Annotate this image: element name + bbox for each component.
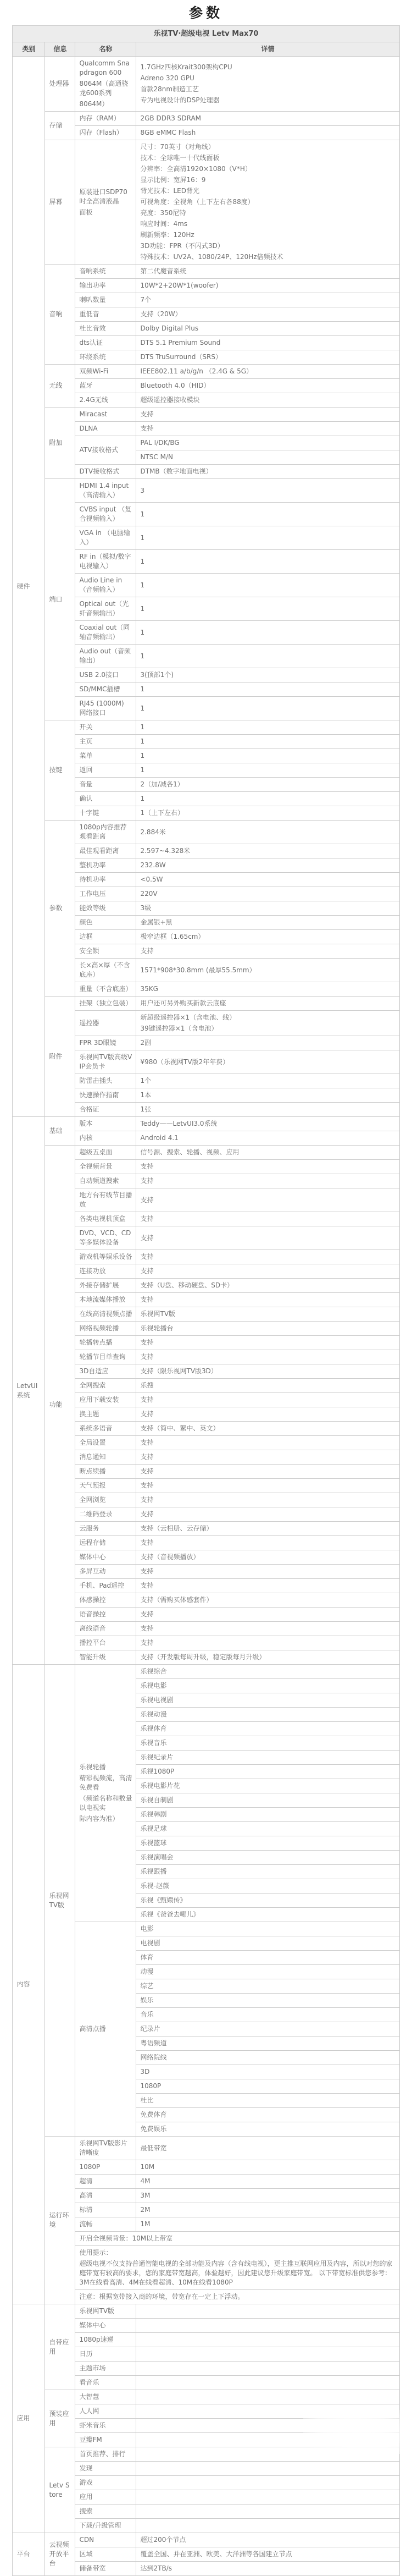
detail-cell: 支持 bbox=[136, 944, 399, 959]
detail-cell: 支持 bbox=[136, 1465, 399, 1479]
detail-cell: 金属银+黑 bbox=[136, 916, 399, 930]
name-cell: 主题市场 bbox=[75, 2362, 136, 2376]
name-cell: Qualcomm Snapdragon 6008064M（高通骁龙600系列80… bbox=[75, 57, 136, 112]
name-cell: ATV接收格式 bbox=[75, 436, 136, 465]
spec-row: 功能超级五桌面信号源、搜索、轮播、视频、应用 bbox=[13, 1146, 399, 1160]
detail-cell: 用户还可另外购买新款云底座 bbox=[136, 997, 399, 1011]
col-header-detail: 详情 bbox=[136, 42, 399, 57]
detail-cell: 1 bbox=[136, 645, 399, 668]
name-cell: USB 2.0接口 bbox=[75, 668, 136, 682]
detail-cell: 支持 bbox=[136, 1226, 399, 1250]
name-cell: 2.4G无线 bbox=[75, 393, 136, 408]
group-cell: Letv Store bbox=[45, 2447, 75, 2533]
detail-cell: 乐视1080P bbox=[136, 1765, 399, 1779]
detail-cell: 支持 bbox=[136, 1608, 399, 1622]
name-cell: Audio Line in（音频输入） bbox=[75, 574, 136, 597]
name-cell: 返回 bbox=[75, 763, 136, 778]
group-cell: 基础 bbox=[45, 1117, 75, 1146]
detail-cell: 1 bbox=[136, 735, 399, 749]
detail-cell: 支持（20W） bbox=[136, 307, 399, 322]
detail-cell: 1M bbox=[136, 2217, 399, 2232]
detail-cell: 乐视足球 bbox=[136, 1822, 399, 1836]
detail-cell: 支持 bbox=[136, 1336, 399, 1350]
name-cell: 连接功放 bbox=[75, 1264, 136, 1279]
name-cell: 二维码登录 bbox=[75, 1507, 136, 1522]
detail-cell bbox=[136, 2362, 399, 2376]
detail-cell: 免费体育 bbox=[136, 2108, 399, 2122]
name-cell: 虾米音乐 bbox=[75, 2419, 136, 2433]
detail-cell: 尺寸：70英寸（对角线）技术：全球唯一十代线面板分辨率：全高清1920×1080… bbox=[136, 140, 399, 265]
detail-cell: 10M bbox=[136, 2160, 399, 2175]
name-cell: 1080p速递 bbox=[75, 2333, 136, 2347]
name-cell: 重低音 bbox=[75, 307, 136, 322]
name-cell: 环绕系统 bbox=[75, 350, 136, 365]
name-cell: 音响系统 bbox=[75, 265, 136, 279]
detail-cell: 232.8W bbox=[136, 858, 399, 873]
detail-cell: 支持 bbox=[136, 1293, 399, 1307]
detail-cell bbox=[136, 2304, 399, 2319]
name-cell: 轮播节目单查询 bbox=[75, 1350, 136, 1364]
detail-cell: 网络院线 bbox=[136, 2051, 399, 2065]
spec-table-body: 硬件处理器Qualcomm Snapdragon 6008064M（高通骁龙60… bbox=[13, 57, 399, 2576]
name-cell: 喇叭数量 bbox=[75, 293, 136, 307]
detail-cell: 乐视动漫 bbox=[136, 1708, 399, 1722]
group-cell: 无线 bbox=[45, 365, 75, 408]
detail-cell: 免费娱乐 bbox=[136, 2122, 399, 2137]
detail-cell: 支持（开发版每周升级，稳定版每月升级） bbox=[136, 1650, 399, 1665]
detail-cell: 支持 bbox=[136, 1250, 399, 1264]
caption-row: 乐视TV·超级电视 Letv Max70 bbox=[13, 26, 399, 42]
detail-cell: NTSC M/N bbox=[136, 450, 399, 465]
name-cell: 断点续播 bbox=[75, 1465, 136, 1479]
name-cell: 离线语音 bbox=[75, 1622, 136, 1636]
name-cell: SD/MMC插槽 bbox=[75, 682, 136, 697]
detail-cell: 2.884米 bbox=[136, 821, 399, 844]
detail-cell: 1 bbox=[136, 720, 399, 735]
name-cell: 确认 bbox=[75, 792, 136, 806]
detail-cell bbox=[136, 2490, 399, 2505]
name-cell: Audio out（音频输出） bbox=[75, 645, 136, 668]
name-cell: 手机、Pad遥控 bbox=[75, 1579, 136, 1593]
name-cell: 各类电视机顶盒 bbox=[75, 1212, 136, 1226]
detail-cell: 乐视-赵薇 bbox=[136, 1879, 399, 1894]
name-cell: 开关 bbox=[75, 720, 136, 735]
detail-cell bbox=[136, 2376, 399, 2390]
name-cell: 系统多语音 bbox=[75, 1422, 136, 1436]
spec-row: 平台云视频开放平台CDN超过200个节点 bbox=[13, 2533, 399, 2547]
name-cell: 快速操作指南 bbox=[75, 1088, 136, 1103]
name-cell: 人人网 bbox=[75, 2404, 136, 2419]
detail-cell bbox=[136, 2333, 399, 2347]
detail-cell: 支持 bbox=[136, 1160, 399, 1174]
name-cell: 在线高清视频点播 bbox=[75, 1307, 136, 1322]
name-cell: 播控平台 bbox=[75, 1636, 136, 1650]
group-cell: 参数 bbox=[45, 821, 75, 997]
spec-row: 无线双频Wi-FiIEEE802.11 a/b/g/n （2.4G & 5G） bbox=[13, 365, 399, 379]
name-cell: Coaxial out（同轴音频输出） bbox=[75, 621, 136, 645]
detail-cell: 乐视自制剧 bbox=[136, 1793, 399, 1808]
detail-cell: 支持 bbox=[136, 1174, 399, 1188]
detail-cell: DTMB（数字地面电视） bbox=[136, 465, 399, 479]
name-cell: DLNA bbox=[75, 422, 136, 436]
detail-cell: 超过200个节点 bbox=[136, 2533, 399, 2547]
group-cell: 音响 bbox=[45, 265, 75, 365]
detail-cell: 支持 bbox=[136, 1264, 399, 1279]
detail-cell: Android 4.1 bbox=[136, 1131, 399, 1146]
group-cell: 乐视网TV版 bbox=[45, 1665, 75, 2137]
name-cell: 合格证 bbox=[75, 1103, 136, 1117]
name-cell: 全网搜索 bbox=[75, 1379, 136, 1393]
detail-cell: 极窄边框（1.65cm） bbox=[136, 930, 399, 944]
spec-row: 存储内存（RAM）2GB DDR3 SDRAM bbox=[13, 112, 399, 126]
spec-row: 参数1080p内容推荐观看距离2.884米 bbox=[13, 821, 399, 844]
detail-cell: 1 bbox=[136, 621, 399, 645]
name-cell: 智能升级 bbox=[75, 1650, 136, 1665]
spec-row: 按键开关1 bbox=[13, 720, 399, 735]
detail-cell: DTS TruSurround（SRS） bbox=[136, 350, 399, 365]
detail-cell: 7个 bbox=[136, 293, 399, 307]
group-cell: 屏幕 bbox=[45, 140, 75, 265]
detail-cell: 1（上下左右） bbox=[136, 806, 399, 821]
name-cell: 大智慧 bbox=[75, 2390, 136, 2404]
detail-cell: 电影 bbox=[136, 1922, 399, 1936]
name-cell: 日历 bbox=[75, 2347, 136, 2362]
detail-cell bbox=[136, 2447, 399, 2462]
name-cell: 看音乐 bbox=[75, 2376, 136, 2390]
detail-cell: 1080P bbox=[136, 2079, 399, 2094]
group-cell: 功能 bbox=[45, 1146, 75, 1665]
detail-cell: 1 bbox=[136, 574, 399, 597]
spec-table-head: 乐视TV·超级电视 Letv Max70 类别 信息 名称 详情 bbox=[13, 26, 399, 57]
detail-cell: 支持 bbox=[136, 1565, 399, 1579]
name-cell: 遥控器 bbox=[75, 1011, 136, 1036]
name-cell: 蓝牙 bbox=[75, 379, 136, 393]
detail-cell bbox=[136, 2319, 399, 2333]
detail-cell: 乐视《甄嬛传》 bbox=[136, 1894, 399, 1908]
name-cell: 闪存（Flash） bbox=[75, 126, 136, 140]
spec-row: 附加Miracast支持 bbox=[13, 408, 399, 422]
table-caption: 乐视TV·超级电视 Letv Max70 bbox=[13, 26, 399, 42]
name-cell: 双频Wi-Fi bbox=[75, 365, 136, 379]
category-cell: 硬件 bbox=[13, 57, 45, 1117]
name-cell: 地方台有线节目播放 bbox=[75, 1188, 136, 1212]
detail-cell: 3 bbox=[136, 479, 399, 503]
detail-cell: 2副 bbox=[136, 1036, 399, 1050]
name-cell: 标清 bbox=[75, 2203, 136, 2217]
detail-cell: 支持 bbox=[136, 1393, 399, 1407]
name-cell: Optical out（光纤音频输出） bbox=[75, 597, 136, 621]
name-cell: FPR 3D眼镜 bbox=[75, 1036, 136, 1050]
name-cell: 本地流媒体播放 bbox=[75, 1293, 136, 1307]
name-cell: 乐视轮播精彩视频流，高清免费看（频道名称和数量以电视实际内容为准） bbox=[75, 1665, 136, 1922]
detail-cell: 乐视演唱会 bbox=[136, 1851, 399, 1865]
detail-cell: 1张 bbox=[136, 1103, 399, 1117]
detail-cell: 达到2TB/s bbox=[136, 2562, 399, 2576]
detail-cell: 1.7GHz四核Krait300架构CPUAdreno 320 GPU首款28n… bbox=[136, 57, 399, 112]
detail-cell: 新超级遥控器×1（含电池、线）39键遥控器×1（含电池） bbox=[136, 1011, 399, 1036]
col-header-category: 类别 bbox=[13, 42, 45, 57]
spec-row: 音响音响系统第二代魔音系统 bbox=[13, 265, 399, 279]
group-cell: 附件 bbox=[45, 997, 75, 1117]
category-cell: 应用 bbox=[13, 2304, 45, 2533]
name-cell: 应用 bbox=[75, 2490, 136, 2505]
detail-cell: 2（加/减各1） bbox=[136, 778, 399, 792]
detail-cell: 1 bbox=[136, 792, 399, 806]
detail-cell: IEEE802.11 a/b/g/n （2.4G & 5G） bbox=[136, 365, 399, 379]
detail-cell: 综艺 bbox=[136, 1979, 399, 1994]
detail-cell: 超级遥控器接收模块 bbox=[136, 393, 399, 408]
detail-cell: 2M bbox=[136, 2203, 399, 2217]
detail-cell: 覆盖全国、并在亚洲、欧美、大洋洲等各国建立节点 bbox=[136, 2547, 399, 2562]
detail-cell: 支持（U盘、移动硬盘、SD卡） bbox=[136, 1279, 399, 1293]
group-cell: 自带应用 bbox=[45, 2304, 75, 2390]
name-cell: 高清点播 bbox=[75, 1922, 136, 2137]
name-cell: HDMI 1.4 input （高清输入） bbox=[75, 479, 136, 503]
name-cell: Miracast bbox=[75, 408, 136, 422]
detail-cell: DTS 5.1 Premium Sound bbox=[136, 336, 399, 350]
span-cell: 注意：根据宽带接入商的环境，带宽存在一定上下浮动。 bbox=[75, 2290, 399, 2304]
detail-cell: 35KG bbox=[136, 982, 399, 997]
name-cell: 媒体中心 bbox=[75, 2319, 136, 2333]
name-cell: 应用下载安装 bbox=[75, 1393, 136, 1407]
name-cell: RJ45 (1000M) 网络接口 bbox=[75, 697, 136, 720]
detail-cell: 体育 bbox=[136, 1951, 399, 1965]
name-cell: 乐视网TV版高级VIP会员卡 bbox=[75, 1050, 136, 1074]
detail-cell: 乐视《爸爸去哪儿》 bbox=[136, 1908, 399, 1922]
detail-cell: 支持 bbox=[136, 1479, 399, 1493]
detail-cell: 杜比 bbox=[136, 2094, 399, 2108]
detail-cell: 支持 bbox=[136, 1579, 399, 1593]
detail-cell: 支持（音视频播放） bbox=[136, 1550, 399, 1565]
name-cell: 颜色 bbox=[75, 916, 136, 930]
detail-cell: 8GB eMMC Flash bbox=[136, 126, 399, 140]
name-cell: dts认证 bbox=[75, 336, 136, 350]
name-cell: 体感操控 bbox=[75, 1593, 136, 1608]
detail-cell: 2.597~4.328米 bbox=[136, 844, 399, 858]
detail-cell: <0.5W bbox=[136, 873, 399, 887]
detail-cell: 1 bbox=[136, 550, 399, 574]
group-cell: 按键 bbox=[45, 720, 75, 821]
detail-cell: 乐视网TV版 bbox=[136, 1307, 399, 1322]
detail-cell: 动漫 bbox=[136, 1965, 399, 1979]
name-cell: 超级五桌面 bbox=[75, 1146, 136, 1160]
detail-cell: 支持（需购买体感套件） bbox=[136, 1593, 399, 1608]
column-header-row: 类别 信息 名称 详情 bbox=[13, 42, 399, 57]
detail-cell: Teddy——LetvUI3.0系统 bbox=[136, 1117, 399, 1131]
detail-cell: 第二代魔音系统 bbox=[136, 265, 399, 279]
detail-cell: 纪录片 bbox=[136, 2022, 399, 2036]
spec-row: 应用自带应用乐视网TV版 bbox=[13, 2304, 399, 2319]
name-cell: 边框 bbox=[75, 930, 136, 944]
detail-cell: PAL I/DK/BG bbox=[136, 436, 399, 450]
spec-row: 预装应用大智慧 bbox=[13, 2390, 399, 2404]
name-cell: CDN bbox=[75, 2533, 136, 2547]
detail-cell: 支持 bbox=[136, 1493, 399, 1507]
detail-cell bbox=[136, 2419, 399, 2433]
name-cell: 游戏机等娱乐设备 bbox=[75, 1250, 136, 1264]
name-cell: 消息通知 bbox=[75, 1450, 136, 1465]
span-cell: 使用提示：超级电视不仅支持普通智能电视的全部功能及内容（含有线电视），更主推互联… bbox=[75, 2246, 399, 2290]
spec-page: 参数 乐视TV·超级电视 Letv Max70 类别 信息 名称 详情 硬件处理… bbox=[0, 0, 412, 2576]
spec-row: Letv Store首页推荐、排行 bbox=[13, 2447, 399, 2462]
spec-row: 硬件处理器Qualcomm Snapdragon 6008064M（高通骁龙60… bbox=[13, 57, 399, 112]
name-cell: 区域 bbox=[75, 2547, 136, 2562]
name-cell: 全局设置 bbox=[75, 1436, 136, 1450]
detail-cell: 乐视轮播台 bbox=[136, 1322, 399, 1336]
name-cell: 媒体中心 bbox=[75, 1550, 136, 1565]
detail-cell: 1 bbox=[136, 682, 399, 697]
name-cell: 豆瓣FM bbox=[75, 2433, 136, 2447]
name-cell: 多屏互动 bbox=[75, 1565, 136, 1579]
name-cell: 菜单 bbox=[75, 749, 136, 763]
detail-cell: 娱乐 bbox=[136, 1994, 399, 2008]
name-cell: CVBS input （复合视频输入） bbox=[75, 503, 136, 526]
detail-cell: 支持 bbox=[136, 1188, 399, 1212]
category-cell: LetvUI系统 bbox=[13, 1117, 45, 1665]
group-cell: 附加 bbox=[45, 408, 75, 479]
detail-cell: 10W*2+20W*1(woofer) bbox=[136, 279, 399, 293]
detail-cell: 乐视体育 bbox=[136, 1722, 399, 1736]
detail-cell: 音乐 bbox=[136, 2008, 399, 2022]
name-cell: VGA in （电脑输入） bbox=[75, 526, 136, 550]
name-cell: 内核 bbox=[75, 1131, 136, 1146]
group-cell: 端口 bbox=[45, 479, 75, 720]
detail-cell: 支持（限乐视网TV版3D） bbox=[136, 1364, 399, 1379]
name-cell: 重量（不含底座） bbox=[75, 982, 136, 997]
detail-cell: 支持（简中、繁中、英文） bbox=[136, 1422, 399, 1436]
detail-cell: 1本 bbox=[136, 1088, 399, 1103]
name-cell: 自动频道搜索 bbox=[75, 1174, 136, 1188]
detail-cell bbox=[136, 2462, 399, 2476]
detail-cell: 1 bbox=[136, 697, 399, 720]
name-cell: DVD、VCD、CD等多媒体设备 bbox=[75, 1226, 136, 1250]
detail-cell: 4M bbox=[136, 2175, 399, 2189]
detail-cell: 乐视纪录片 bbox=[136, 1751, 399, 1765]
detail-cell: 乐视电影片花 bbox=[136, 1779, 399, 1793]
detail-cell: ¥980（乐视网TV版2年年费） bbox=[136, 1050, 399, 1074]
name-cell: 超清 bbox=[75, 2175, 136, 2189]
name-cell: 乐视网TV版影片清晰度 bbox=[75, 2137, 136, 2160]
detail-cell: 1 bbox=[136, 597, 399, 621]
name-cell: 工作电压 bbox=[75, 887, 136, 901]
detail-cell bbox=[136, 2433, 399, 2447]
name-cell: 十字键 bbox=[75, 806, 136, 821]
detail-cell: 信号源、搜索、轮播、视频、应用 bbox=[136, 1146, 399, 1160]
detail-cell: 1 bbox=[136, 763, 399, 778]
name-cell: 音量 bbox=[75, 778, 136, 792]
detail-cell: 支持 bbox=[136, 1636, 399, 1650]
name-cell: 输出功率 bbox=[75, 279, 136, 293]
detail-cell: 支持 bbox=[136, 1212, 399, 1226]
name-cell: 云服务 bbox=[75, 1522, 136, 1536]
group-cell: 运行环境 bbox=[45, 2137, 75, 2304]
name-cell: 首页推荐、排行 bbox=[75, 2447, 136, 2462]
name-cell: 网络视频轮播 bbox=[75, 1322, 136, 1336]
detail-cell bbox=[136, 2390, 399, 2404]
detail-cell: 支持 bbox=[136, 1622, 399, 1636]
detail-cell bbox=[136, 2519, 399, 2533]
detail-cell: 乐视篮球 bbox=[136, 1836, 399, 1851]
name-cell: 防雷击插头 bbox=[75, 1074, 136, 1088]
name-cell: 原装进口SDP70吋全高清液晶面板 bbox=[75, 140, 136, 265]
detail-cell: 3M bbox=[136, 2189, 399, 2203]
name-cell: 发现 bbox=[75, 2462, 136, 2476]
name-cell: 天气预报 bbox=[75, 1479, 136, 1493]
group-cell: 云视频开放平台 bbox=[45, 2533, 75, 2576]
category-cell: 内容 bbox=[13, 1665, 45, 2304]
name-cell: 全网浏览 bbox=[75, 1493, 136, 1507]
detail-cell: 1571*908*30.8mm (最厚55.5mm） bbox=[136, 959, 399, 982]
col-header-name: 名称 bbox=[75, 42, 136, 57]
group-cell: 处理器 bbox=[45, 57, 75, 112]
detail-cell: 支持 bbox=[136, 1350, 399, 1364]
detail-cell: 3级 bbox=[136, 901, 399, 916]
name-cell: 最佳观看距离 bbox=[75, 844, 136, 858]
detail-cell: Dolby Digital Plus bbox=[136, 322, 399, 336]
name-cell: DTV接收格式 bbox=[75, 465, 136, 479]
detail-cell: 1 bbox=[136, 749, 399, 763]
detail-cell: 支持 bbox=[136, 1507, 399, 1522]
detail-cell: 220V bbox=[136, 887, 399, 901]
detail-cell bbox=[136, 2347, 399, 2362]
name-cell: 3D自适应 bbox=[75, 1364, 136, 1379]
name-cell: 语音操控 bbox=[75, 1608, 136, 1622]
name-cell: 挂架（独立包装） bbox=[75, 997, 136, 1011]
detail-cell: 2GB DDR3 SDRAM bbox=[136, 112, 399, 126]
detail-cell: 乐视音乐 bbox=[136, 1736, 399, 1751]
name-cell: 长×高×厚（不含底座） bbox=[75, 959, 136, 982]
name-cell: 1080p内容推荐观看距离 bbox=[75, 821, 136, 844]
detail-cell: 粤语频道 bbox=[136, 2036, 399, 2051]
name-cell: 换主题 bbox=[75, 1407, 136, 1422]
detail-cell: 支持（云相册、云存储） bbox=[136, 1522, 399, 1536]
spec-row: 内容乐视网TV版乐视轮播精彩视频流，高清免费看（频道名称和数量以电视实际内容为准… bbox=[13, 1665, 399, 1679]
detail-cell: 1 bbox=[136, 526, 399, 550]
detail-cell: 最低带宽 bbox=[136, 2137, 399, 2160]
detail-cell: Bluetooth 4.0（HID） bbox=[136, 379, 399, 393]
spec-row: LetvUI系统基础版本Teddy——LetvUI3.0系统 bbox=[13, 1117, 399, 1131]
name-cell: 下载/升级管理 bbox=[75, 2519, 136, 2533]
group-cell: 存储 bbox=[45, 112, 75, 140]
detail-cell: 3(顶部1个) bbox=[136, 668, 399, 682]
detail-cell: 乐搜 bbox=[136, 1379, 399, 1393]
spec-row: 运行环境乐视网TV版影片清晰度最低带宽 bbox=[13, 2137, 399, 2160]
detail-cell bbox=[136, 2505, 399, 2519]
spec-row: 端口HDMI 1.4 input （高清输入）3 bbox=[13, 479, 399, 503]
span-cell: 开启全视频背景：10M以上带宽 bbox=[75, 2232, 399, 2246]
detail-cell: 3D bbox=[136, 2065, 399, 2079]
name-cell: 版本 bbox=[75, 1117, 136, 1131]
detail-cell: 1个 bbox=[136, 1074, 399, 1088]
name-cell: 远程存储 bbox=[75, 1536, 136, 1550]
name-cell: 安全锁 bbox=[75, 944, 136, 959]
name-cell: 待机功率 bbox=[75, 873, 136, 887]
name-cell: 主页 bbox=[75, 735, 136, 749]
detail-cell: 乐视跟播 bbox=[136, 1865, 399, 1879]
name-cell: 乐视网TV版 bbox=[75, 2304, 136, 2319]
name-cell: 杜比音效 bbox=[75, 322, 136, 336]
name-cell: 轮播转点播 bbox=[75, 1336, 136, 1350]
name-cell: 储备带宽 bbox=[75, 2562, 136, 2576]
detail-cell: 支持 bbox=[136, 1407, 399, 1422]
group-cell: 预装应用 bbox=[45, 2390, 75, 2447]
detail-cell: 乐视电影 bbox=[136, 1679, 399, 1693]
detail-cell: 支持 bbox=[136, 408, 399, 422]
name-cell: RF in（模拟/数字电视输入） bbox=[75, 550, 136, 574]
name-cell: 流畅 bbox=[75, 2217, 136, 2232]
detail-cell: 支持 bbox=[136, 1450, 399, 1465]
page-title: 参数 bbox=[0, 2, 412, 22]
